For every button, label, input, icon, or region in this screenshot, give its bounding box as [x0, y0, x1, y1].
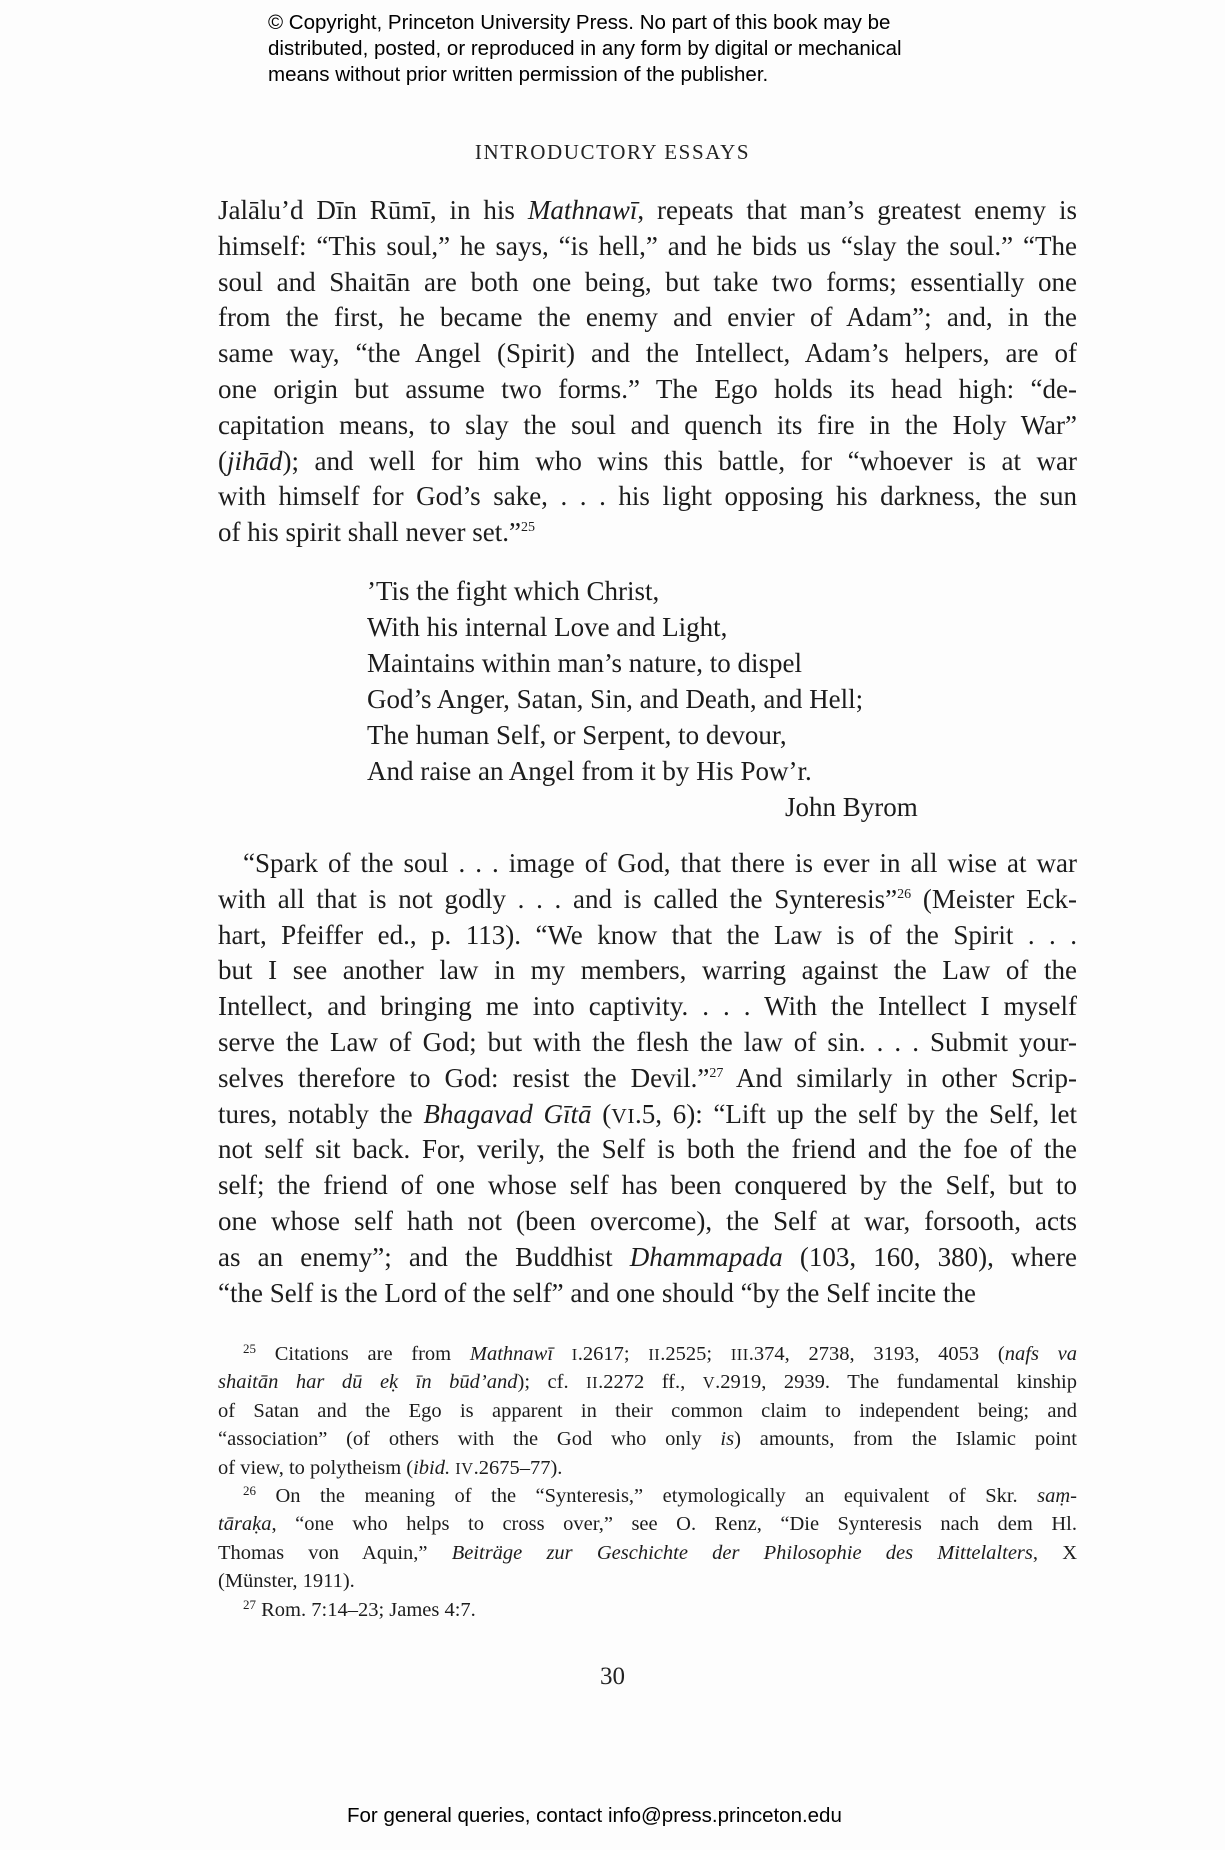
copyright-line: means without prior written permission o… — [268, 62, 968, 88]
verse-quotation: ’Tis the fight which Christ, With his in… — [367, 573, 887, 789]
verse-author: John Byrom — [785, 789, 918, 825]
roman-numeral: V — [703, 1373, 715, 1392]
text-line: “Spark of the soul . . . image of God, t… — [218, 846, 1077, 882]
footnote-marker[interactable]: 25 — [521, 520, 535, 535]
verse-line: Maintains within man’s nature, to dispel — [367, 645, 887, 681]
footnote-line: 25 Citations are from Mathnawī I.2617; I… — [218, 1340, 1077, 1368]
text-line: Intellect, and bringing me into captivit… — [218, 989, 1077, 1025]
text-line: himself: “This soul,” he says, “is hell,… — [218, 229, 1077, 265]
italic-text: Dhammapada — [630, 1242, 783, 1272]
footnote-25: 25 Citations are from Mathnawī I.2617; I… — [218, 1340, 1077, 1482]
footnote-26: 26 On the meaning of the “Synteresis,” e… — [218, 1482, 1077, 1596]
copyright-line: © Copyright, Princeton University Press.… — [268, 10, 968, 36]
text-line: as an enemy”; and the Buddhist Dhammapad… — [218, 1240, 1077, 1276]
text-line: serve the Law of God; but with the flesh… — [218, 1025, 1077, 1061]
roman-numeral: IV — [455, 1459, 473, 1478]
text-line: soul and Shaitān are both one being, but… — [218, 265, 1077, 301]
verse-line: The human Self, or Serpent, to devour, — [367, 717, 887, 753]
footnote-line: 26 On the meaning of the “Synteresis,” e… — [218, 1482, 1077, 1510]
italic-text: Mathnawī — [528, 195, 638, 225]
text-line: one whose self hath not (been overcome),… — [218, 1204, 1077, 1240]
italic-text: Mathnawī — [470, 1343, 553, 1365]
text-line: but I see another law in my members, war… — [218, 953, 1077, 989]
footnote-marker[interactable]: 27 — [709, 1066, 723, 1081]
text-line: tures, notably the Bhagavad Gītā (VI.5, … — [218, 1097, 1077, 1133]
footnote-line: of Satan and the Ego is apparent in thei… — [218, 1397, 1077, 1425]
verse-line: ’Tis the fight which Christ, — [367, 573, 887, 609]
footnote-line: “association” (of others with the God wh… — [218, 1425, 1077, 1453]
text-line: not self sit back. For, verily, the Self… — [218, 1132, 1077, 1168]
copyright-notice: © Copyright, Princeton University Press.… — [268, 10, 968, 88]
paragraph-2: “Spark of the soul . . . image of God, t… — [218, 846, 1077, 1311]
text-line: Jalālu’d Dīn Rūmī, in his Mathnawī, repe… — [218, 193, 1077, 229]
footnote-line: (Münster, 1911). — [218, 1567, 1077, 1595]
footnote-marker[interactable]: 26 — [897, 887, 911, 902]
footnote-marker[interactable]: 25 — [243, 1341, 256, 1356]
footnote-line: tāraḳa, “one who helps to cross over,” s… — [218, 1510, 1077, 1538]
italic-text: saṃ- — [1037, 1485, 1077, 1507]
roman-numeral: I — [572, 1345, 578, 1364]
italic-text: shaitān har dū eḳ īn būd’and — [218, 1371, 518, 1393]
page-number: 30 — [0, 1663, 1225, 1691]
roman-numeral: VI — [611, 1104, 635, 1128]
text-line: capitation means, to slay the soul and q… — [218, 408, 1077, 444]
italic-text: is — [720, 1428, 734, 1450]
text-line: from the first, he became the enemy and … — [218, 300, 1077, 336]
verse-line: With his internal Love and Light, — [367, 609, 887, 645]
roman-numeral: II — [648, 1345, 660, 1364]
footnote-27: 27 Rom. 7:14–23; James 4:7. — [218, 1596, 1077, 1624]
italic-text: Beiträge zur Geschichte der Philosophie … — [452, 1542, 1033, 1564]
italic-text: nafs va — [1005, 1343, 1077, 1365]
footnote-line: shaitān har dū eḳ īn būd’and); cf. II.22… — [218, 1368, 1077, 1396]
verse-line: God’s Anger, Satan, Sin, and Death, and … — [367, 681, 887, 717]
text-line: with all that is not godly . . . and is … — [218, 882, 1077, 918]
text-line: selves therefore to God: resist the Devi… — [218, 1061, 1077, 1097]
footnote-line: of view, to polytheism (ibid. IV.2675–77… — [218, 1454, 1077, 1482]
text-line: of his spirit shall never set.”25 — [218, 515, 1077, 551]
roman-numeral: III — [731, 1345, 749, 1364]
italic-text: tāraḳa — [218, 1513, 272, 1535]
footnote-marker[interactable]: 26 — [243, 1483, 256, 1498]
running-head: INTRODUCTORY ESSAYS — [0, 140, 1225, 165]
text-line: hart, Pfeiffer ed., p. 113). “We know th… — [218, 918, 1077, 954]
italic-text: ibid. — [413, 1457, 450, 1479]
text-line: with himself for God’s sake, . . . his l… — [218, 479, 1077, 515]
italic-text: Bhagavad Gītā — [423, 1099, 591, 1129]
text-line: self; the friend of one whose self has b… — [218, 1168, 1077, 1204]
italic-text: jihād — [227, 446, 283, 476]
text-line: “the Self is the Lord of the self” and o… — [218, 1276, 1077, 1312]
footnote-line: 27 Rom. 7:14–23; James 4:7. — [218, 1596, 1077, 1624]
footnote-line: Thomas von Aquin,” Beiträge zur Geschich… — [218, 1539, 1077, 1567]
text-line: same way, “the Angel (Spirit) and the In… — [218, 336, 1077, 372]
text-line: one origin but assume two forms.” The Eg… — [218, 372, 1077, 408]
footnote-marker[interactable]: 27 — [243, 1597, 256, 1612]
footnotes: 25 Citations are from Mathnawī I.2617; I… — [218, 1340, 1077, 1624]
contact-footer: For general queries, contact info@press.… — [347, 1804, 842, 1828]
text-line: (jihād); and well for him who wins this … — [218, 444, 1077, 480]
roman-numeral: II — [586, 1373, 598, 1392]
paragraph-1: Jalālu’d Dīn Rūmī, in his Mathnawī, repe… — [218, 193, 1077, 551]
verse-line: And raise an Angel from it by His Pow’r. — [367, 753, 887, 789]
copyright-line: distributed, posted, or reproduced in an… — [268, 36, 968, 62]
